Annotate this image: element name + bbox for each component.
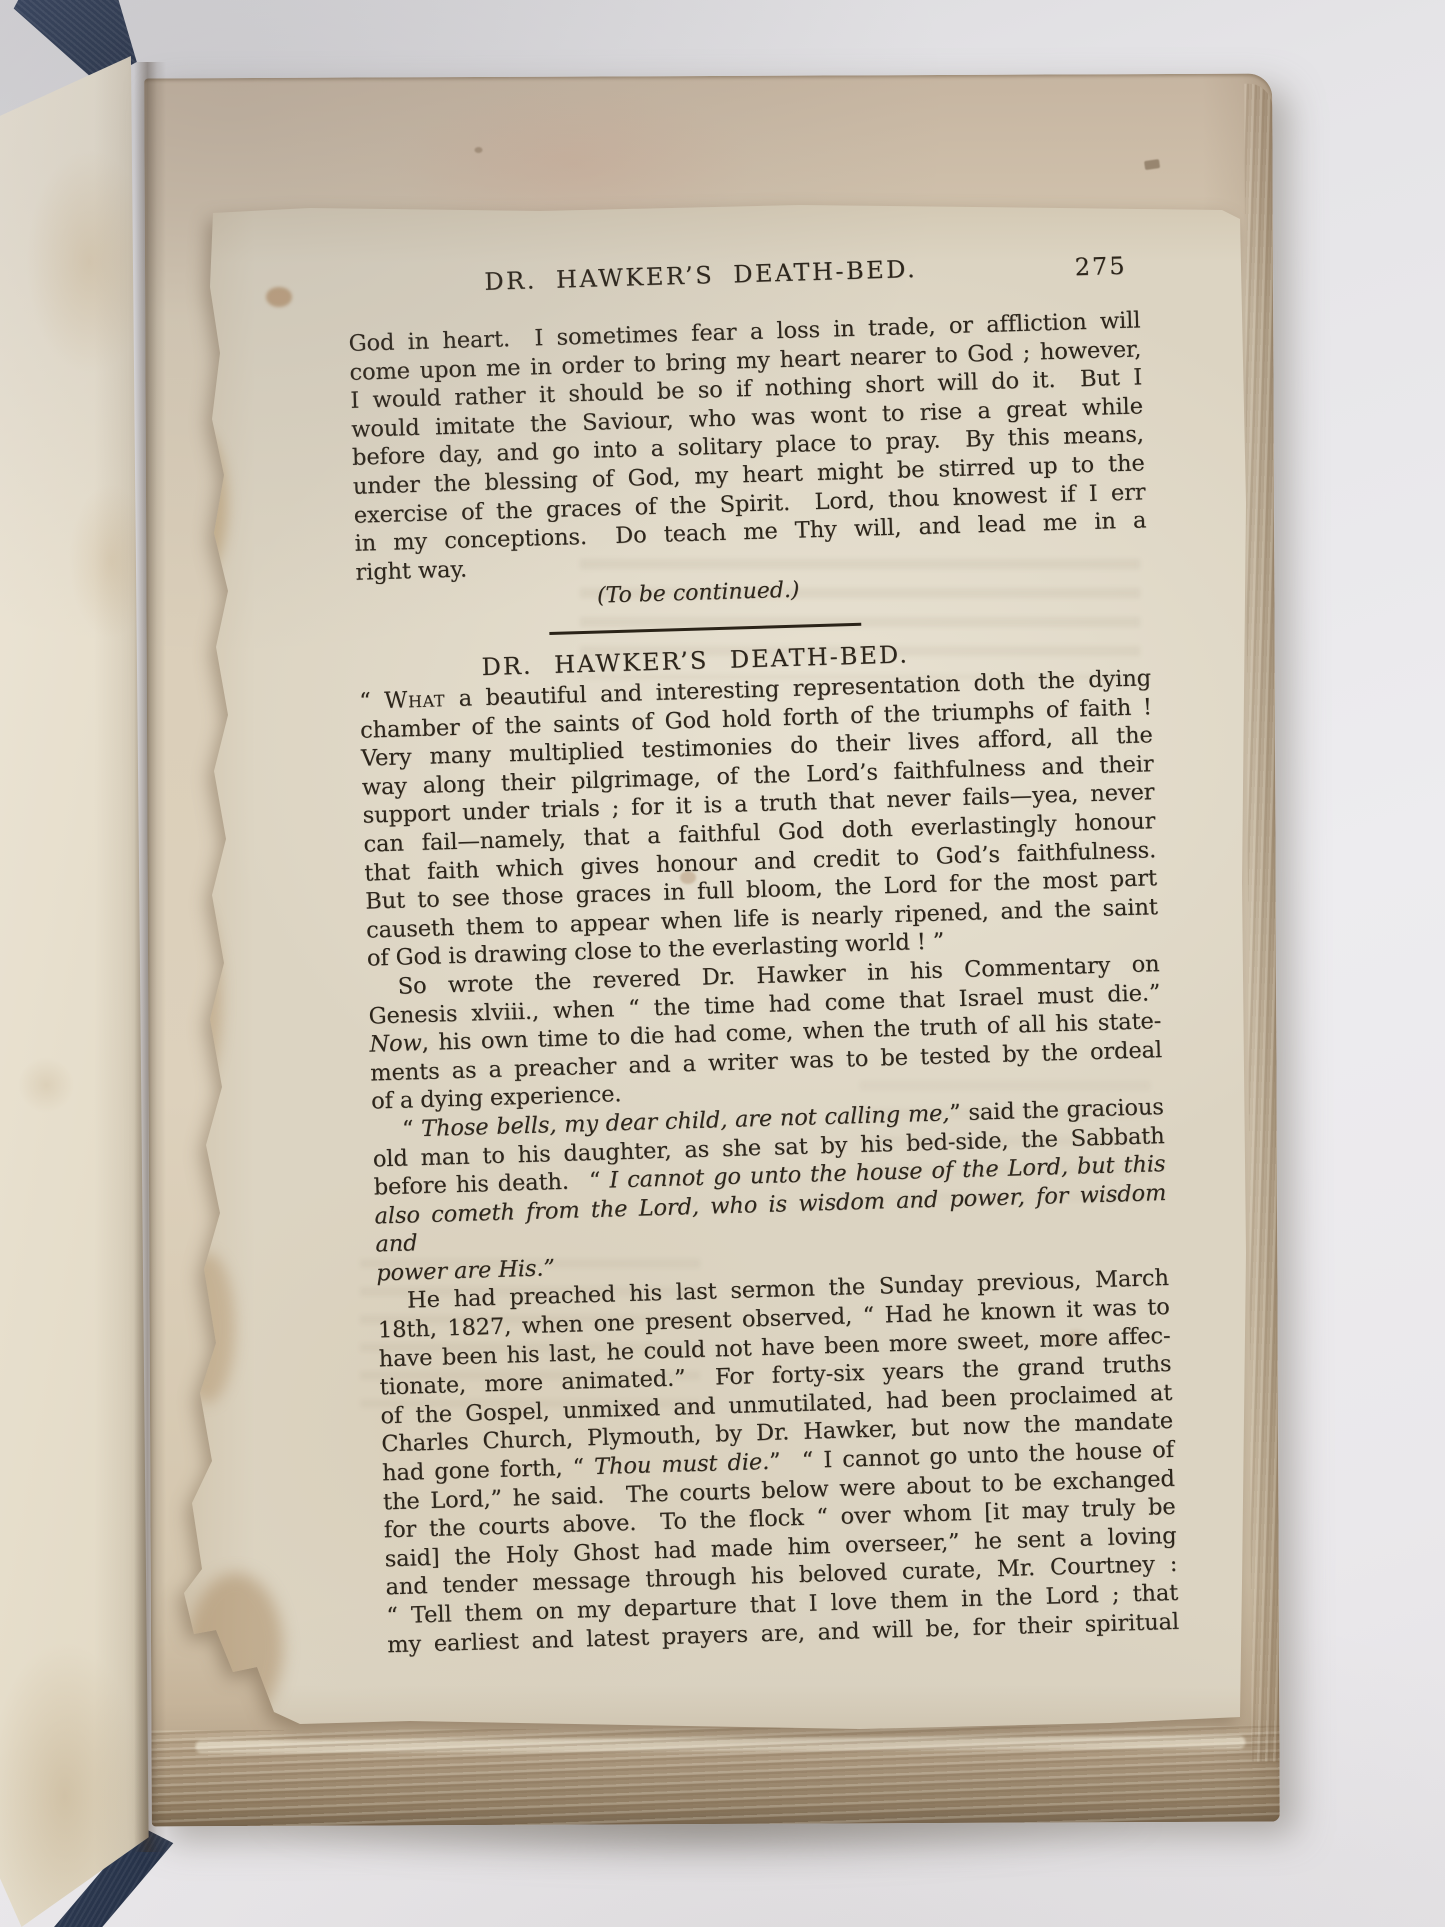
printed-page-content: DR. HAWKER’S DEATH-BED. 275 God in heart… <box>157 191 1294 1755</box>
paragraph: He had preached his last sermon the Sund… <box>377 1264 1180 1659</box>
paragraph: So wrote the revered Dr. Hawker in his C… <box>367 950 1163 1116</box>
section-divider <box>549 623 861 635</box>
stain <box>1144 159 1160 170</box>
article-body: “ What a beautiful and interesting repre… <box>359 664 1179 1659</box>
facing-page <box>0 56 154 1927</box>
stain <box>474 147 482 153</box>
page-leaf: DR. HAWKER’S DEATH-BED. 275 God in heart… <box>160 203 1252 1735</box>
stain <box>172 903 222 1093</box>
page-block-fore-edge-bottom <box>151 1726 1279 1827</box>
page-leaf-wrap: DR. HAWKER’S DEATH-BED. 275 God in heart… <box>160 203 1252 1735</box>
paragraph: God in heart. I sometimes fear a loss in… <box>348 306 1147 587</box>
book-photo: DR. HAWKER’S DEATH-BED. 275 God in heart… <box>0 0 1445 1927</box>
paragraph: “ Those bells, my dear child, are not ca… <box>372 1093 1169 1288</box>
paragraph: “ What a beautiful and interesting repre… <box>359 664 1159 973</box>
first-paragraph: God in heart. I sometimes fear a loss in… <box>348 306 1147 587</box>
running-header: DR. HAWKER’S DEATH-BED. <box>305 250 1097 301</box>
page-number: 275 <box>1074 252 1127 282</box>
